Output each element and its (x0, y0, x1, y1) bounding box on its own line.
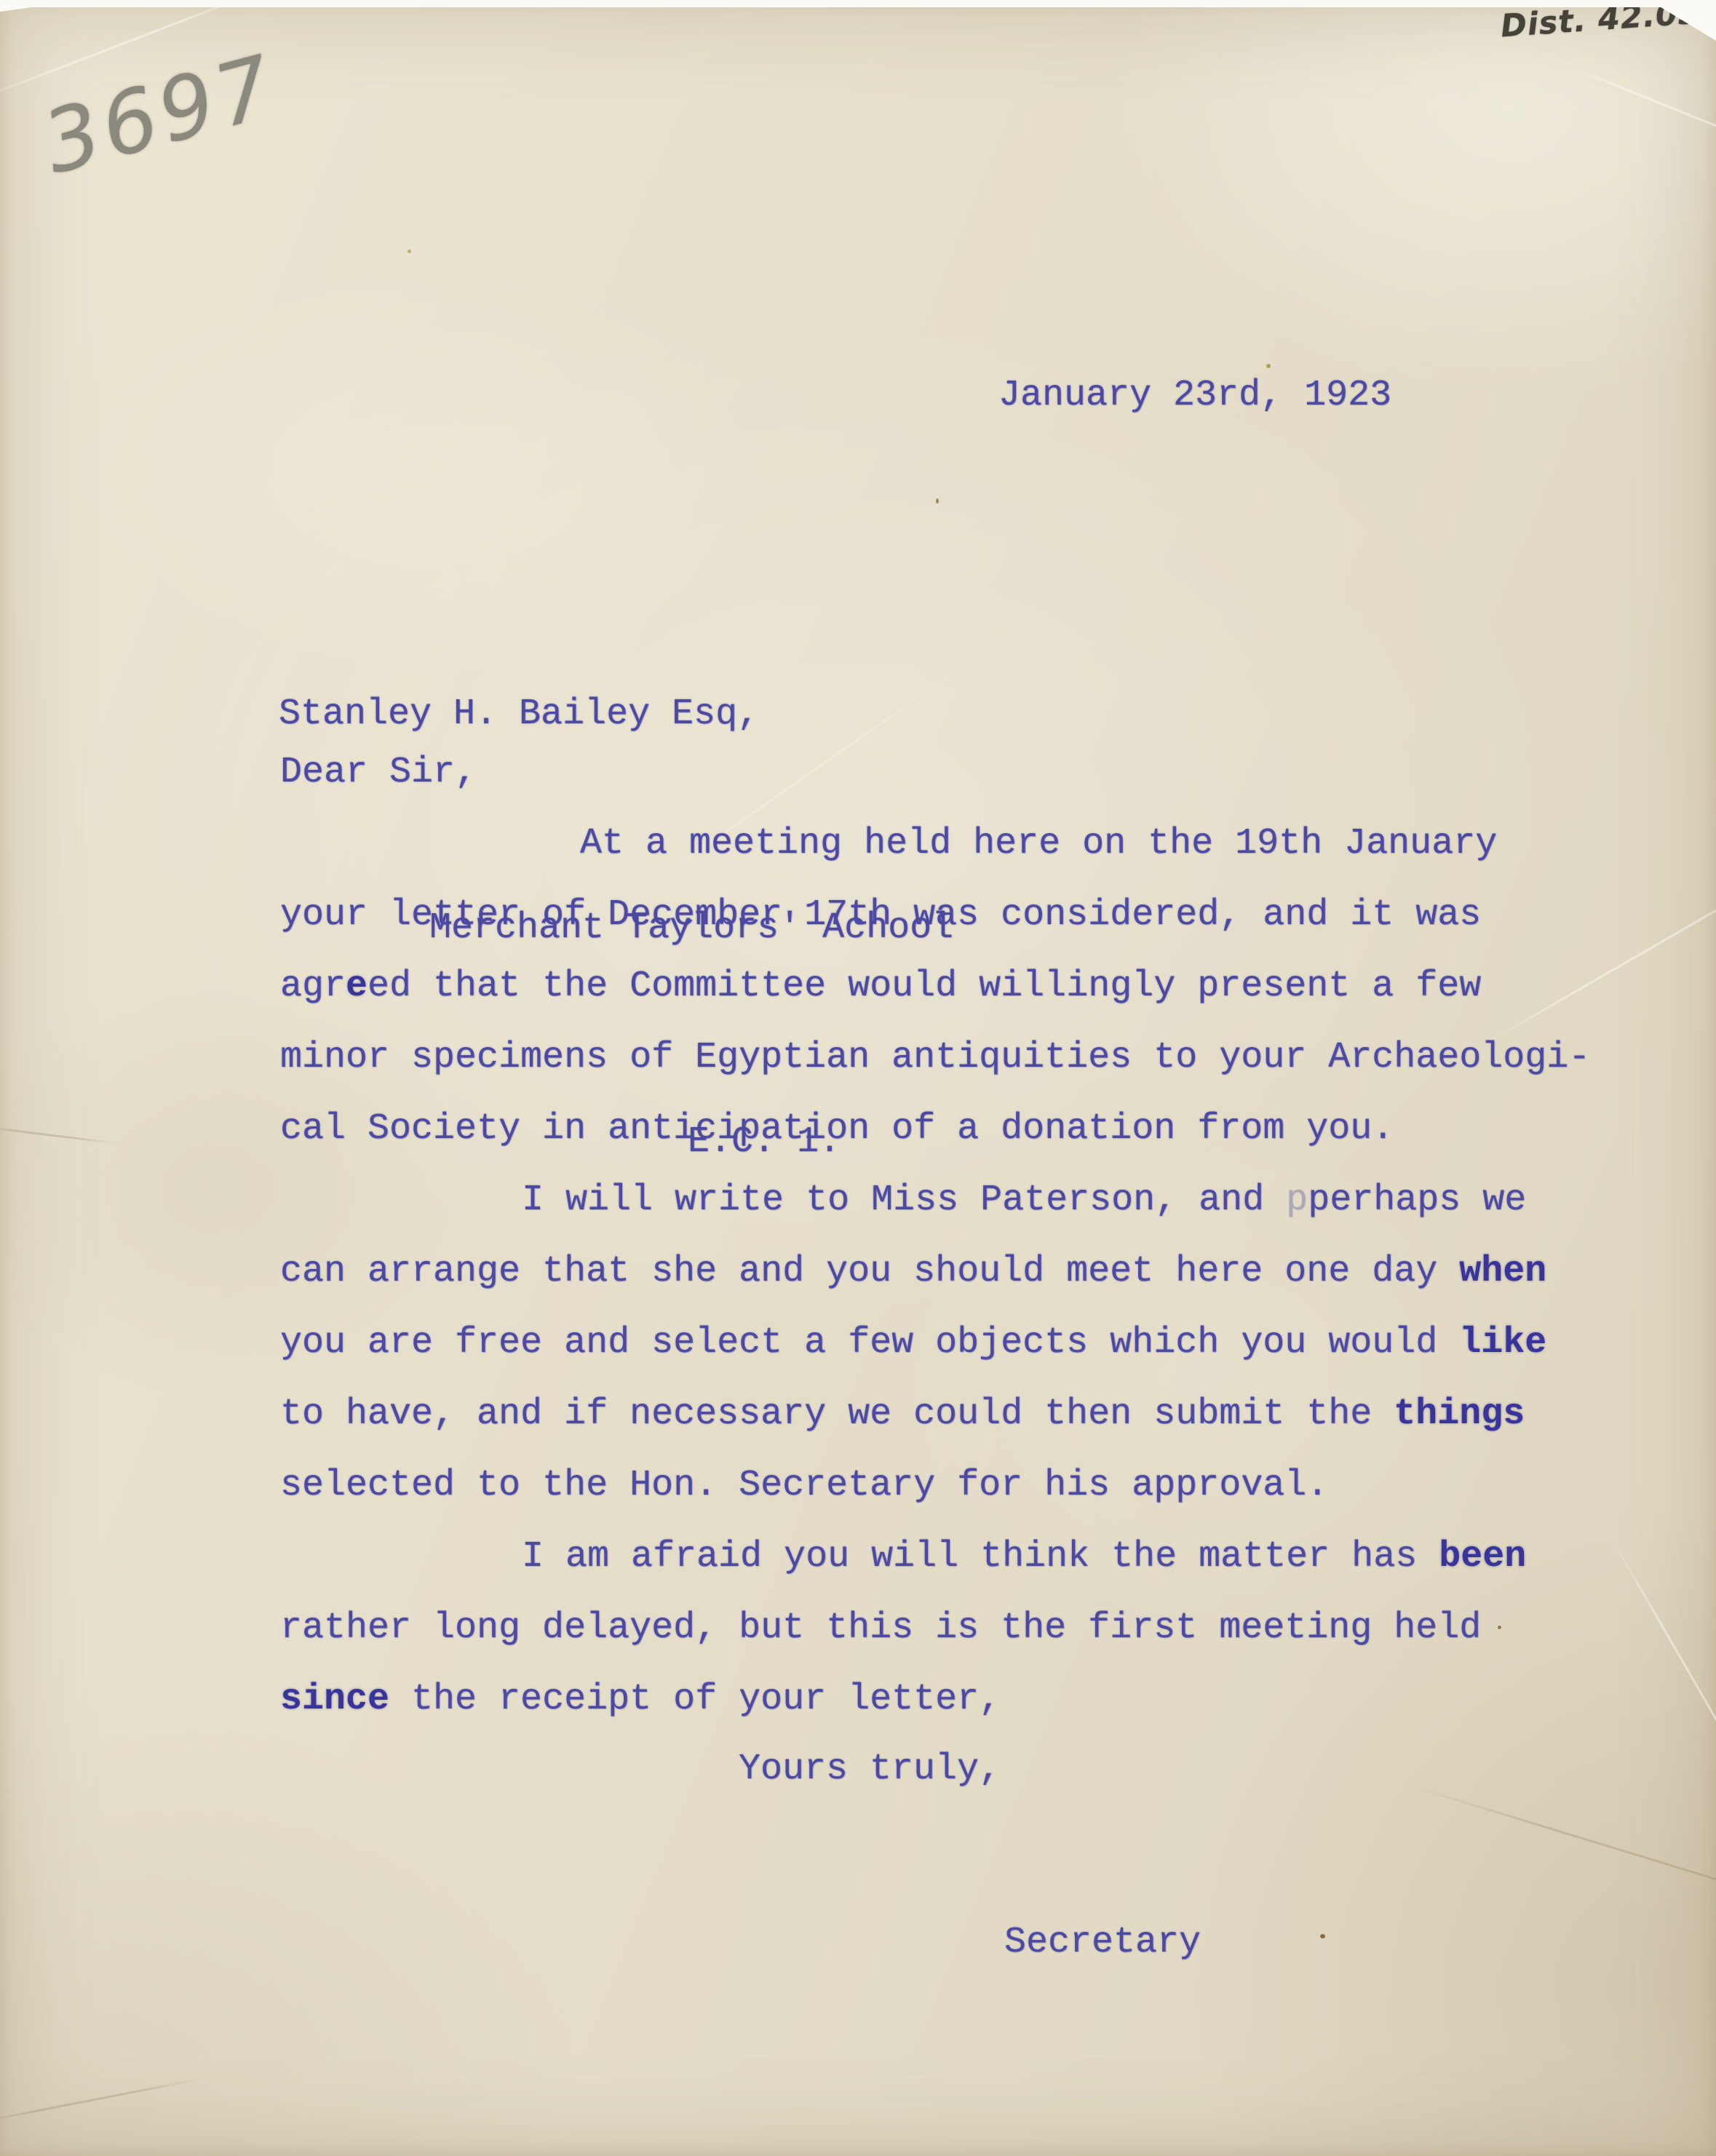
letter-line: to have, and if necessary we could then … (280, 1379, 1590, 1450)
typewriter-text: the receipt of your letter, (389, 1679, 1001, 1720)
letter-line: you are free and select a few objects wh… (280, 1308, 1590, 1379)
typewriter-heavy-text: things (1394, 1393, 1525, 1435)
letter-line: cal Society in anticipation of a donatio… (280, 1094, 1590, 1165)
typewriter-text: rather long delayed, but this is the fir… (280, 1607, 1481, 1649)
typewriter-text: you are free and select a few objects wh… (280, 1322, 1459, 1364)
typewriter-text: selected to the Hon. Secretary for his a… (280, 1465, 1328, 1506)
paper-speck (1320, 1934, 1325, 1938)
typewriter-ghost-text: p (1286, 1180, 1308, 1221)
letter-line: selected to the Hon. Secretary for his a… (280, 1450, 1590, 1521)
paper-crease (1565, 64, 1716, 156)
signature-title: Secretary (1004, 1907, 1201, 1978)
paper-crease (0, 2077, 202, 2124)
typewriter-text: minor specimens of Egyptian antiquities … (280, 1037, 1590, 1078)
paper-crease (1608, 1532, 1716, 1861)
paper-crease (0, 1125, 116, 1144)
typewriter-heavy-text: e (346, 966, 368, 1007)
typewriter-text: At a meeting held here on the 19th Janua… (580, 823, 1497, 864)
typewriter-heavy-text: been (1439, 1536, 1526, 1578)
typewriter-text: can arrange that she and you should meet… (280, 1251, 1459, 1292)
typewriter-text: to have, and if necessary we could then … (280, 1393, 1394, 1435)
distribution-mark-handwritten: Dist. 42.03 (1500, 0, 1702, 45)
letter-body: Dear Sir,At a meeting held here on the 1… (280, 737, 1590, 1735)
paper-speck (936, 498, 939, 504)
typewriter-text: I am afraid you will think the matter ha… (522, 1536, 1439, 1578)
typewriter-heavy-text: since (280, 1679, 389, 1720)
letter-line: rather long delayed, but this is the fir… (280, 1593, 1590, 1664)
typewriter-text: agr (280, 966, 346, 1007)
scan-background: { "annotations": { "catalog_number": "36… (0, 0, 1716, 2156)
typewriter-text: perhaps we (1308, 1180, 1526, 1221)
letter-line: since the receipt of your letter, (280, 1664, 1590, 1735)
letter-line: minor specimens of Egyptian antiquities … (280, 1022, 1590, 1094)
letter-page: 3697 Dist. 42.03 January 23rd, 1923 Stan… (0, 0, 1716, 2156)
letter-line: At a meeting held here on the 19th Janua… (580, 808, 1590, 880)
typewriter-text: your letter of December 17th was conside… (280, 894, 1481, 936)
catalog-number-handwritten: 3697 (33, 35, 287, 193)
typewriter-text: Dear Sir, (280, 752, 477, 793)
letter-date: January 23rd, 1923 (998, 360, 1391, 431)
paper-crease (1414, 1786, 1716, 1920)
letter-line: agreed that the Committee would willingl… (280, 951, 1590, 1022)
typewriter-text: cal Society in anticipation of a donatio… (280, 1108, 1394, 1150)
typewriter-text: ed that the Committee would willingly pr… (368, 966, 1481, 1007)
letter-line: I will write to Miss Paterson, and pperh… (522, 1165, 1590, 1236)
paper-speck (408, 250, 411, 253)
letter-line: I am afraid you will think the matter ha… (522, 1521, 1590, 1593)
typewriter-heavy-text: when (1459, 1251, 1546, 1292)
letter-line: your letter of December 17th was conside… (280, 880, 1590, 951)
typewriter-heavy-text: like (1459, 1322, 1546, 1364)
typewriter-text: I will write to Miss Paterson, and (522, 1180, 1286, 1221)
letter-line: Dear Sir, (280, 737, 1590, 808)
letter-closing: Yours truly, (739, 1734, 1001, 1805)
letter-line: can arrange that she and you should meet… (280, 1236, 1590, 1308)
